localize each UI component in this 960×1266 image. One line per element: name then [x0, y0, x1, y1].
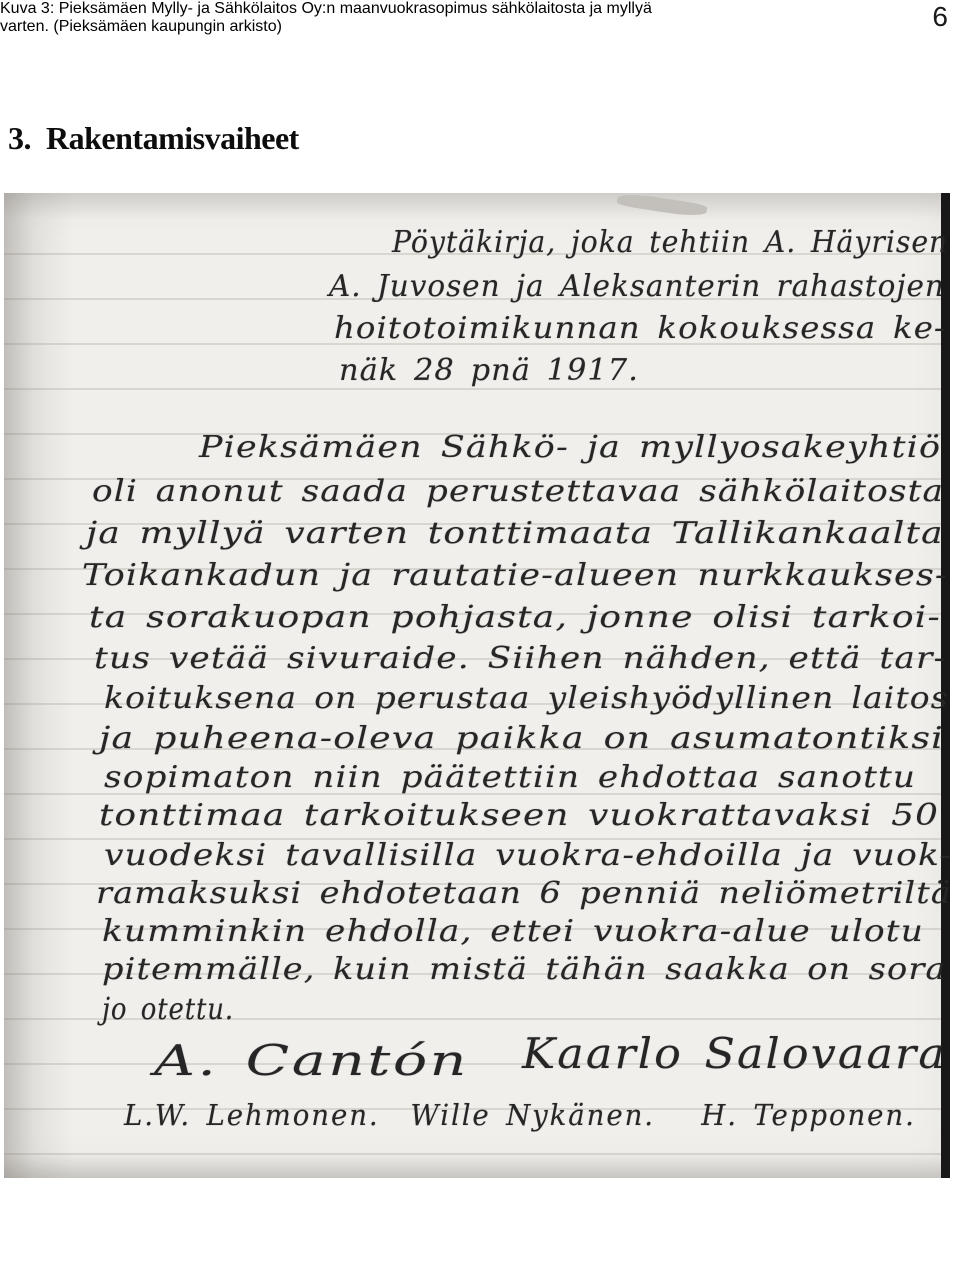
manuscript-line: A. Cantón	[154, 1036, 469, 1085]
manuscript-line: kumminkin ehdolla, ettei vuokra-alue ulo…	[102, 914, 924, 949]
section-heading: 3.Rakentamisvaiheet	[8, 120, 299, 157]
manuscript-line: ja puheena-oleva paikka on asumatontiksi	[99, 721, 944, 756]
manuscript-line: A. Juvosen ja Aleksanterin rahastojen	[329, 269, 945, 304]
scanned-manuscript-image: Pöytäkirja, joka tehtiin A. HäyrisenA. J…	[4, 193, 958, 1178]
manuscript-line: ramaksuksi ehdotetaan 6 penniä neliömetr…	[96, 876, 952, 911]
smudge-mark	[616, 193, 707, 219]
manuscript-line: L.W. Lehmonen. Wille Nykänen. H. Teppone…	[124, 1098, 916, 1132]
manuscript-line: Toikankadun ja rautatie-alueen nurkkauks…	[82, 558, 948, 593]
manuscript-line: pitemmälle, kuin mistä tähän saakka on s…	[102, 952, 947, 987]
manuscript-line: tus vetää sivuraide. Siihen nähden, että…	[94, 641, 946, 676]
manuscript-line: hoitotoimikunnan kokouksessa ke-	[334, 311, 946, 346]
manuscript-line: koituksena on perustaa yleishyödyllinen …	[104, 681, 949, 716]
page-number: 6	[932, 0, 948, 34]
manuscript-line: Pieksämäen Sähkö- ja myllyosakeyhtiö	[199, 430, 941, 465]
manuscript-line: ja myllyä varten tonttimaata Tallikankaa…	[86, 516, 944, 551]
manuscript-line: jo otettu.	[102, 992, 234, 1027]
manuscript-line: Pöytäkirja, joka tehtiin A. Häyrisen	[392, 225, 948, 260]
manuscript-line: Kaarlo Salovaara	[522, 1029, 947, 1078]
manuscript-line: näk 28 pnä 1917.	[339, 353, 639, 388]
manuscript-line: ta sorakuopan pohjasta, jonne olisi tark…	[89, 600, 941, 635]
manuscript-line: sopimaton niin päätettiin ehdottaa sanot…	[104, 760, 916, 795]
manuscript-line: tonttimaa tarkoitukseen vuokrattavaksi 5…	[99, 798, 939, 833]
figure-caption-line: Kuva 3: Pieksämäen Mylly- ja Sähkölaitos…	[0, 0, 960, 18]
manuscript-line: vuodeksi tavallisilla vuokra-ehdoilla ja…	[104, 838, 952, 873]
section-number: 3.	[8, 120, 31, 156]
manuscript-line: oli anonut saada perustettavaa sähkölait…	[92, 474, 944, 509]
section-title: Rakentamisvaiheet	[46, 120, 299, 156]
figure-caption-line: varten. (Pieksämäen kaupungin arkisto)	[0, 18, 960, 36]
document-page: 6 3.Rakentamisvaiheet Pöytäkirja, joka t…	[0, 0, 960, 1266]
